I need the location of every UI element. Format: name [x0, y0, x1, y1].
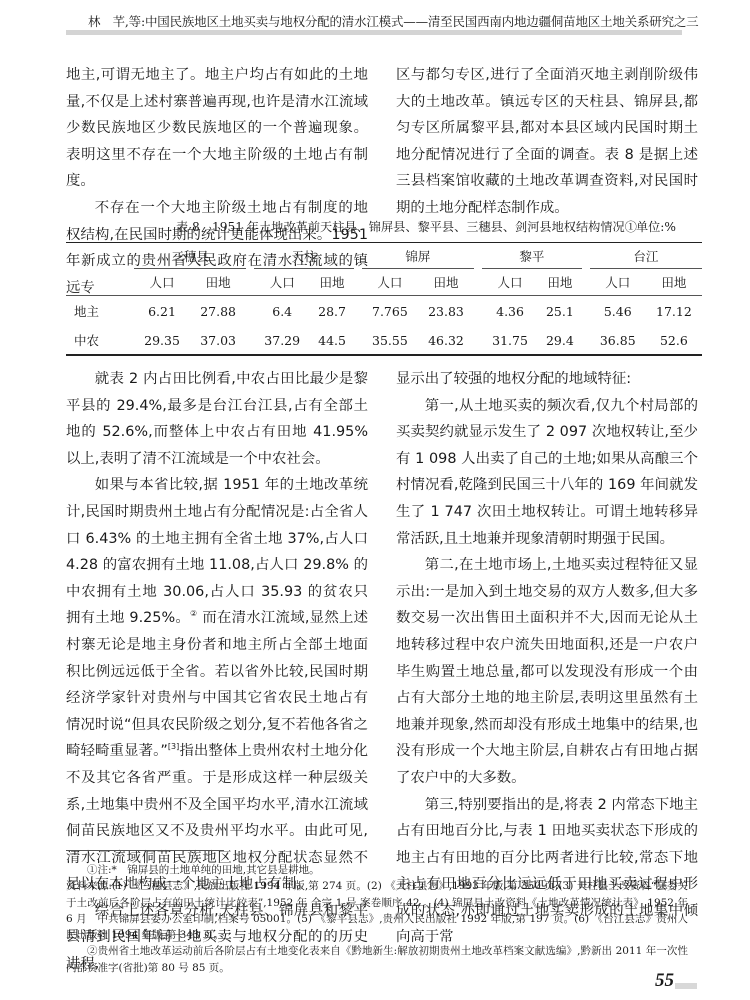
sub-header: 人口	[482, 269, 538, 296]
table-unit: 单位:%	[636, 218, 676, 235]
paragraph-text: 如果与本省比较,据 1951 年的土地改革统计,民国时期贵州土地占有分配情况是:…	[66, 477, 368, 626]
spacer	[474, 326, 482, 355]
table-row: 地主 6.21 27.88 6.4 28.7 7.765 23.83 4.36 …	[66, 296, 702, 327]
table-cell: 7.765	[362, 296, 418, 327]
spacer	[354, 269, 362, 296]
spacer	[474, 296, 482, 327]
paragraph: 第二,在土地市场上,土地买卖过程特征又显示出:一是加入到土地交易的双方人数多,但…	[396, 552, 698, 791]
page-number-bar	[675, 983, 697, 989]
paragraph: 如果与本省比较,据 1951 年的土地改革统计,民国时期贵州土地占有分配情况是:…	[66, 472, 368, 898]
spacer	[582, 296, 590, 327]
footnotes: ①注:* 锦屏县的土地单纯的田地,其它县是耕地。 资料来源:(1) 《三穗县志》…	[66, 862, 688, 976]
table-cell: 25.1	[538, 296, 582, 327]
table-cell: 17.12	[646, 296, 702, 327]
spacer	[354, 326, 362, 355]
page-number: 55	[655, 970, 674, 992]
paragraph: 就表 2 内占田比例看,中农占田比最少是黎平县的 29.4%,最多是台江台江县,…	[66, 366, 368, 472]
spacer	[582, 243, 590, 269]
spacer	[474, 243, 482, 269]
spacer	[246, 269, 254, 296]
sub-header-row: 人口 田地 人口 田地 人口 田地 人口 田地 人口 田地	[66, 269, 702, 296]
table-cell: 29.4	[538, 326, 582, 355]
paragraph: 第一,从土地买卖的频次看,仅九个村局部的买卖契约就显示发生了 2 097 次地权…	[396, 393, 698, 553]
land-rights-table: 三穗县 天柱 锦屏 黎平 台江 人口 田地 人口 田地 人口 田地 人口 田地 …	[66, 242, 702, 356]
footnote: ②贵州省土地改革运动前后各阶层占有土地变化表来自《黔地新生:解放初期贵州土地改革…	[66, 943, 688, 976]
right-column-top: 区与都匀专区,进行了全面消灭地主剥削阶级伟大的土地改革。镇远专区的天柱县、锦屏县…	[396, 62, 698, 222]
running-head: 林 芊,等:中国民族地区土地买卖与地权分配的清水江模式——清至民国西南内地边疆侗…	[88, 12, 684, 30]
corner-cell	[66, 243, 134, 269]
table-cell: 31.75	[482, 326, 538, 355]
sub-header: 人口	[134, 269, 190, 296]
table-cell: 46.32	[418, 326, 474, 355]
table-cell: 28.7	[310, 296, 354, 327]
table-cell: 4.36	[482, 296, 538, 327]
paragraph: 区与都匀专区,进行了全面消灭地主剥削阶级伟大的土地改革。镇远专区的天柱县、锦屏县…	[396, 62, 698, 222]
table-row: 中农 29.35 37.03 37.29 44.5 35.55 46.32 31…	[66, 326, 702, 355]
spacer	[354, 243, 362, 269]
county-header: 三穗县	[134, 243, 246, 269]
table-cell: 35.55	[362, 326, 418, 355]
paragraph-text: 而在清水江流域,显然上述村寨无论是地主身份者和地主所占全部土地面积比例远远低于全…	[66, 610, 368, 759]
sub-header: 田地	[418, 269, 474, 296]
footnote: 资料来源:(1) 《三穗县志》,民族出版社 1994 年版,第 274 页。(2…	[66, 878, 688, 943]
county-header: 天柱	[254, 243, 354, 269]
sub-header: 人口	[254, 269, 310, 296]
table-cell: 52.6	[646, 326, 702, 355]
spacer	[474, 269, 482, 296]
table-cell: 6.21	[134, 296, 190, 327]
table-cell: 6.4	[254, 296, 310, 327]
spacer	[246, 326, 254, 355]
spacer	[246, 296, 254, 327]
row-label: 地主	[66, 296, 134, 327]
paragraph: 地主,可谓无地主了。地主户均占有如此的土地量,不仅是上述村寨普遍再现,也许是清水…	[66, 62, 368, 195]
sub-header: 田地	[646, 269, 702, 296]
footnote: ①注:* 锦屏县的土地单纯的田地,其它县是耕地。	[66, 862, 688, 878]
sub-header: 人口	[590, 269, 646, 296]
sub-header: 田地	[310, 269, 354, 296]
table-cell: 23.83	[418, 296, 474, 327]
paragraph: 显示出了较强的地权分配的地域特征:	[396, 366, 698, 393]
table-cell: 37.29	[254, 326, 310, 355]
row-label: 中农	[66, 326, 134, 355]
spacer	[354, 296, 362, 327]
sub-header: 田地	[538, 269, 582, 296]
spacer	[246, 243, 254, 269]
county-header: 台江	[590, 243, 702, 269]
table-cell: 29.35	[134, 326, 190, 355]
sub-header: 人口	[362, 269, 418, 296]
table-cell: 5.46	[590, 296, 646, 327]
spacer	[582, 326, 590, 355]
footnote-rule	[66, 850, 224, 851]
table-cell: 27.88	[190, 296, 246, 327]
table-cell: 37.03	[190, 326, 246, 355]
county-header: 黎平	[482, 243, 582, 269]
table-cell: 44.5	[310, 326, 354, 355]
county-header-row: 三穗县 天柱 锦屏 黎平 台江	[66, 243, 702, 269]
corner-cell	[66, 269, 134, 296]
header-rule	[66, 30, 682, 35]
sub-header: 田地	[190, 269, 246, 296]
table-cell: 36.85	[590, 326, 646, 355]
spacer	[582, 269, 590, 296]
table-title: 表 8 1951 年土地改革前天柱县、锦屏县、黎平县、三穗县、剑河县地权结构情况…	[176, 218, 637, 235]
county-header: 锦屏	[362, 243, 474, 269]
citation-ref[interactable]: [3]	[168, 742, 179, 751]
